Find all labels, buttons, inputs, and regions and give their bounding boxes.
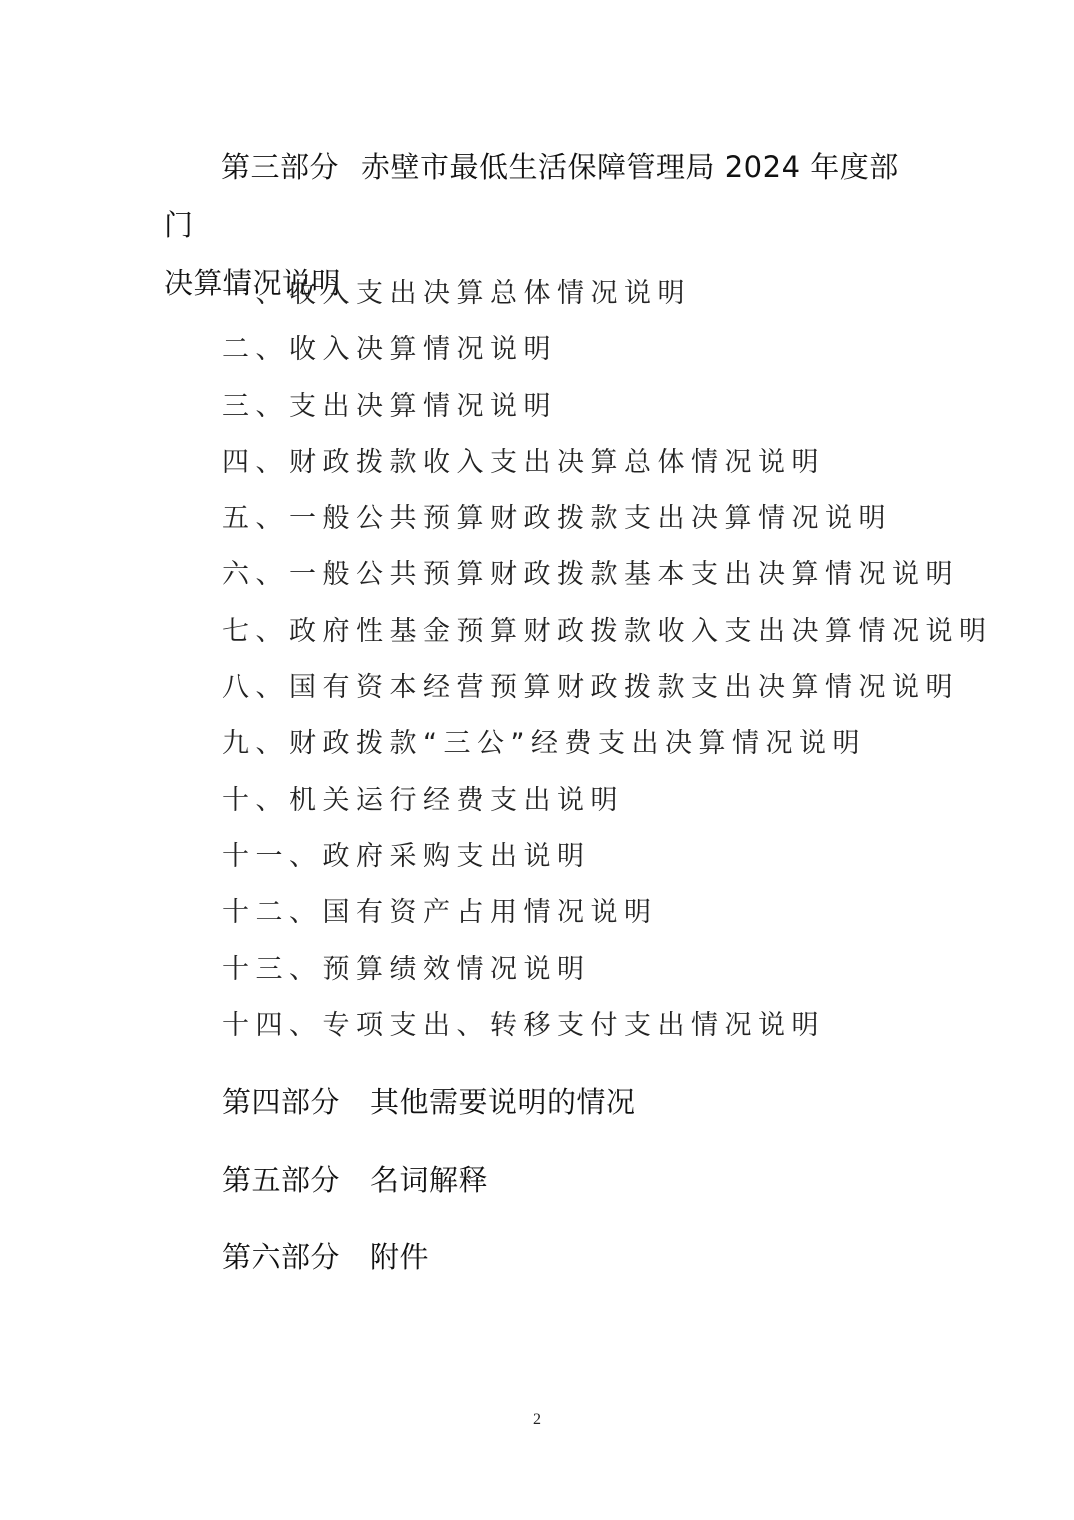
- heading-part-label: 第三部分: [221, 150, 339, 184]
- table-of-contents: 一、收入支出决算总体情况说明 二、收入决算情况说明 三、支出决算情况说明 四、财…: [222, 272, 993, 1060]
- page-number: 2: [0, 1411, 1074, 1429]
- toc-item: 二、收入决算情况说明: [222, 328, 993, 384]
- toc-item: 八、国有资本经营预算财政拨款支出决算情况说明: [222, 666, 993, 722]
- toc-item: 十三、预算绩效情况说明: [222, 948, 993, 1004]
- part-label: 第五部分: [222, 1163, 340, 1197]
- toc-item: 六、一般公共预算财政拨款基本支出决算情况说明: [222, 553, 993, 609]
- toc-item: 十四、专项支出、转移支付支出情况说明: [222, 1004, 993, 1060]
- toc-item: 十一、政府采购支出说明: [222, 835, 993, 891]
- part-headings: 第四部分其他需要说明的情况 第五部分名词解释 第六部分附件: [222, 1078, 636, 1311]
- toc-item: 四、财政拨款收入支出决算总体情况说明: [222, 441, 993, 497]
- toc-item: 一、收入支出决算总体情况说明: [222, 272, 993, 328]
- part-heading: 第五部分名词解释: [222, 1156, 636, 1234]
- toc-item: 五、一般公共预算财政拨款支出决算情况说明: [222, 497, 993, 553]
- toc-item: 九、财政拨款“三公”经费支出决算情况说明: [222, 722, 993, 778]
- part-heading: 第四部分其他需要说明的情况: [222, 1078, 636, 1156]
- toc-item: 十二、国有资产占用情况说明: [222, 891, 993, 947]
- part-label: 第六部分: [222, 1240, 340, 1274]
- toc-item: 七、政府性基金预算财政拨款收入支出决算情况说明: [222, 610, 993, 666]
- document-page: 第三部分赤壁市最低生活保障管理局 2024 年度部门 决算情况说明 一、收入支出…: [0, 0, 1074, 1520]
- part-title: 名词解释: [370, 1163, 488, 1197]
- toc-item: 三、支出决算情况说明: [222, 385, 993, 441]
- part-title: 附件: [370, 1240, 429, 1274]
- toc-item: 十、机关运行经费支出说明: [222, 779, 993, 835]
- part-heading: 第六部分附件: [222, 1233, 636, 1311]
- part-title: 其他需要说明的情况: [370, 1085, 636, 1119]
- part-label: 第四部分: [222, 1085, 340, 1119]
